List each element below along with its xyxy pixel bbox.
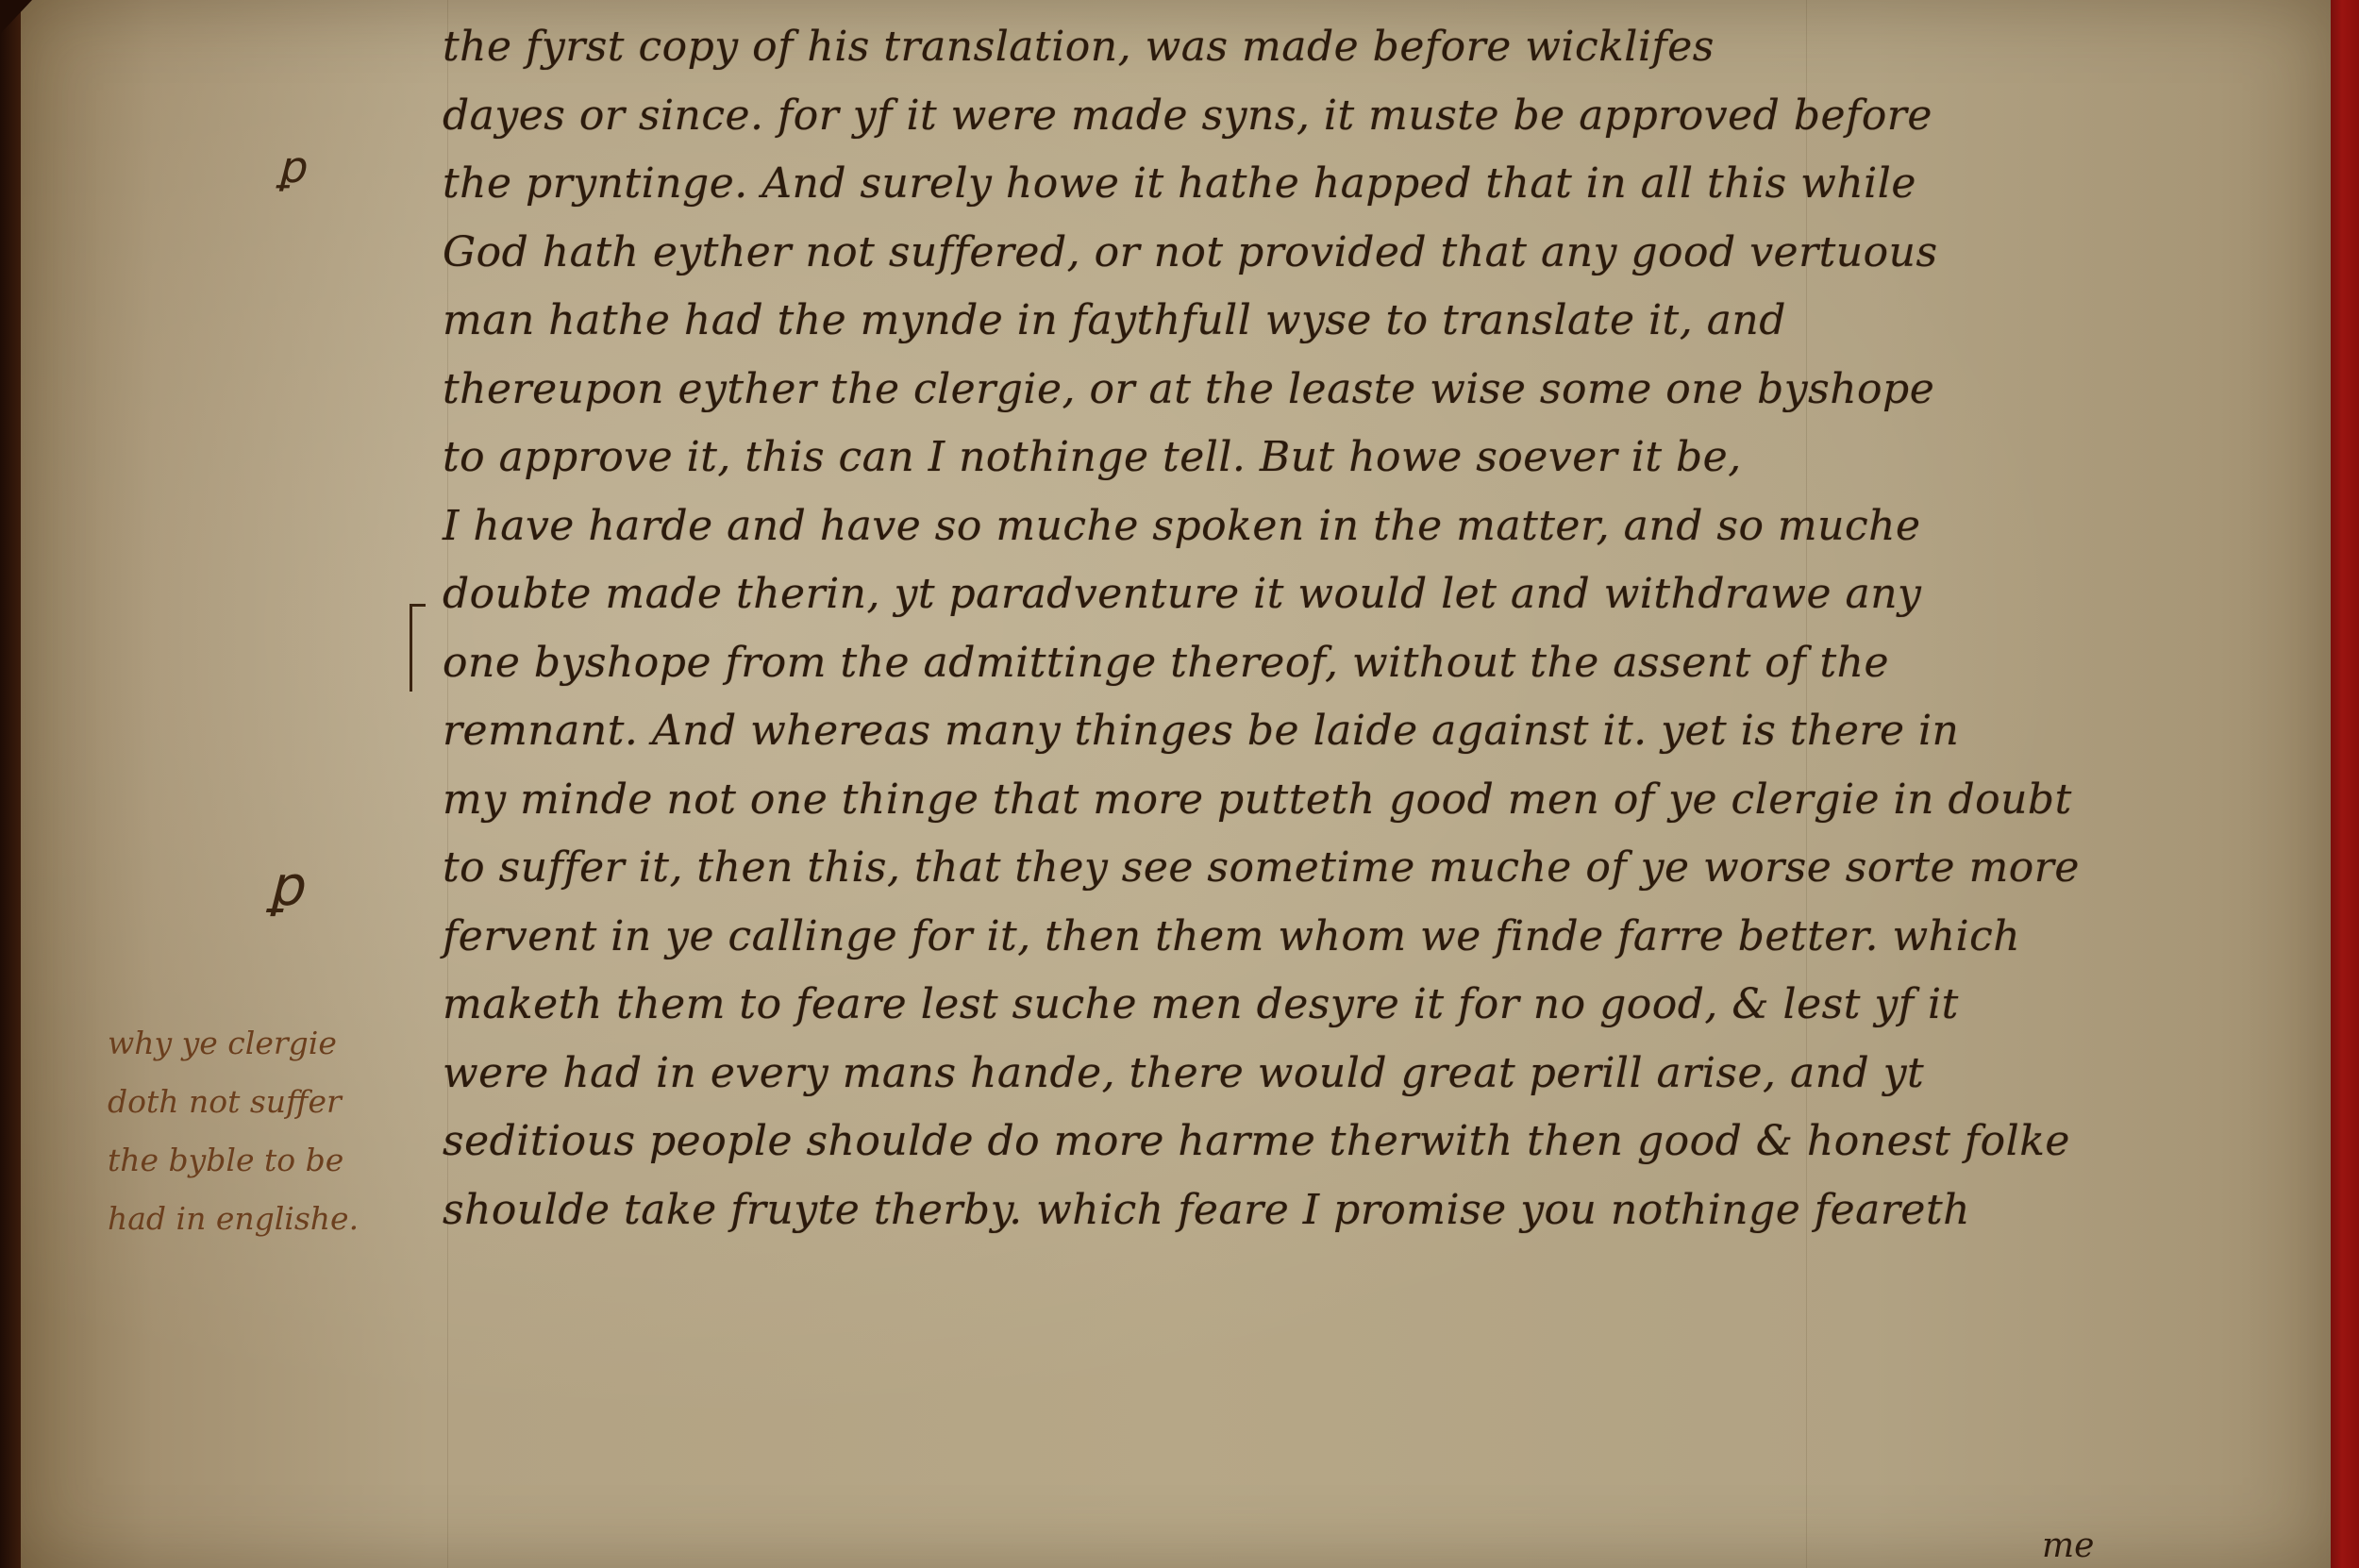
margin-note-line: had in englishe. <box>108 1190 428 1248</box>
text-line: one byshope from the admittinge thereof,… <box>443 629 2235 698</box>
paragraph-mark-icon: ꝑ <box>268 854 303 918</box>
margin-note-line: why ye clergie <box>108 1014 428 1073</box>
text-line: shoulde take fruyte therby. which feare … <box>443 1176 2235 1245</box>
text-line: God hath eyther not suffered, or not pro… <box>443 219 2235 288</box>
text-line: fervent in ye callinge for it, then them… <box>443 903 2235 972</box>
paragraph-mark-icon: ꝑ <box>277 142 305 192</box>
text-line: doubte made therin, yt paradventure it w… <box>443 560 2235 629</box>
text-line: my minde not one thinge that more puttet… <box>443 766 2235 835</box>
text-line: to suffer it, then this, that they see s… <box>443 834 2235 903</box>
margin-bracket <box>410 604 426 692</box>
book-binding-edge <box>0 0 21 1568</box>
text-line: were had in every mans hande, there woul… <box>443 1040 2235 1109</box>
text-line: maketh them to feare lest suche men desy… <box>443 971 2235 1040</box>
text-line: dayes or since. for yf it were made syns… <box>443 82 2235 151</box>
text-line: the fyrst copy of his translation, was m… <box>443 13 2235 82</box>
margin-note-line: doth not suffer <box>108 1073 428 1131</box>
body-text: the fyrst copy of his translation, was m… <box>443 13 2235 1244</box>
text-line: the pryntinge. And surely howe it hathe … <box>443 150 2235 219</box>
text-line: I have harde and have so muche spoken in… <box>443 492 2235 561</box>
margin-note-line: the byble to be <box>108 1131 428 1190</box>
margin-note: why ye clergie doth not suffer the byble… <box>108 1014 428 1248</box>
binding-corner <box>0 0 32 34</box>
text-line: to approve it, this can I nothinge tell.… <box>443 424 2235 492</box>
red-page-edge <box>2331 0 2359 1568</box>
text-line: man hathe had the mynde in faythfull wys… <box>443 287 2235 356</box>
catchword: me <box>2042 1526 2094 1565</box>
text-line: thereupon eyther the clergie, or at the … <box>443 356 2235 425</box>
text-line: remnant. And whereas many thinges be lai… <box>443 697 2235 766</box>
text-line: seditious people shoulde do more harme t… <box>443 1108 2235 1176</box>
manuscript-page: ꝑ ꝑ why ye clergie doth not suffer the b… <box>13 0 2333 1568</box>
